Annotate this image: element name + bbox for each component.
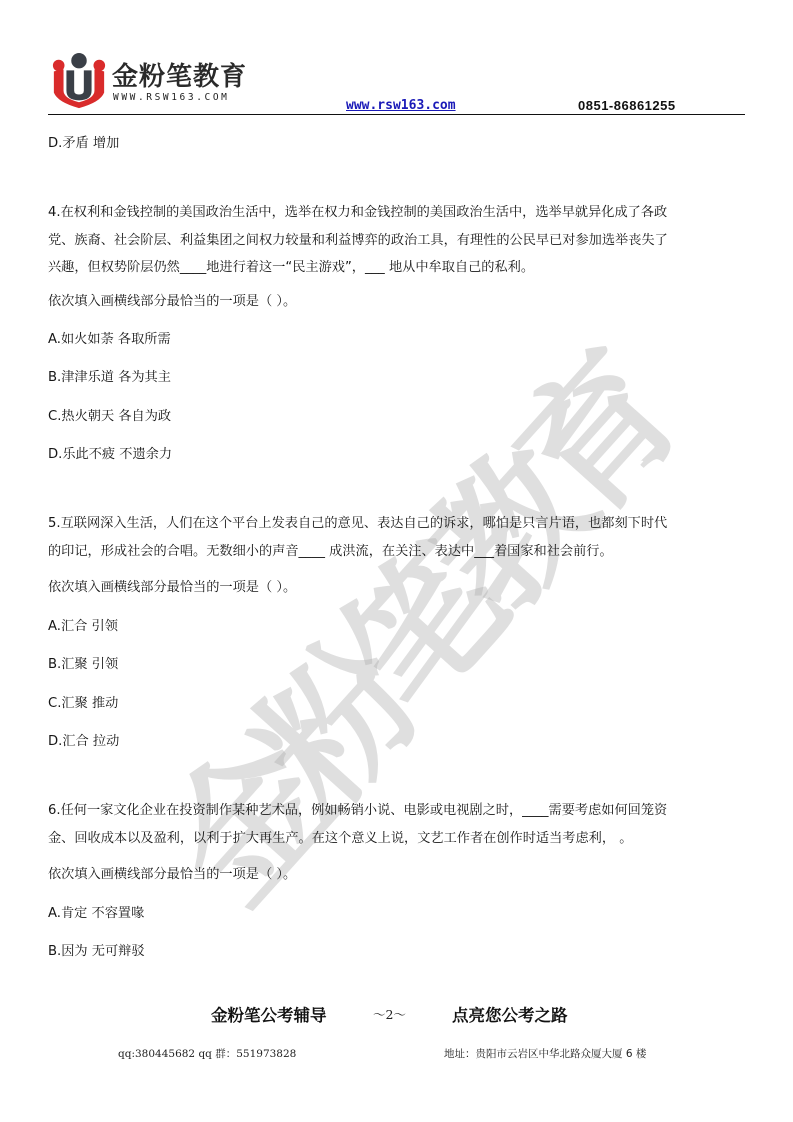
phone-number: 0851-86861255 [578, 98, 676, 113]
footer-slogan-right: 点亮您公考之路 [452, 1002, 568, 1026]
question-4-option-b: B.津津乐道 各为其主 [48, 368, 171, 387]
stem-line: 的印记，形成社会的合唱。无数细小的声音____ 成洪流，在关注、表达中___着国… [48, 538, 748, 566]
question-6-option-a: A.肯定 不容置喙 [48, 904, 144, 923]
question-5-option-d: D.汇合 拉动 [48, 732, 119, 751]
logo-text: 金粉笔教育 [112, 62, 247, 92]
stem-line: 党、族裔、社会阶层、利益集团之间权力较量和利益博弈的政治工具，有理性的公民早已对… [48, 227, 748, 255]
question-4-stem: 4.在权利和金钱控制的美国政治生活中，选举在权力和金钱控制的美国政治生活中，选举… [48, 199, 748, 282]
website-link[interactable]: www.rsw163.com [346, 98, 456, 113]
logo: 金粉笔教育 WWW.RSW163.COM [50, 50, 250, 112]
prev-question-option-d: D.矛盾 增加 [48, 134, 119, 153]
stem-line: 6.任何一家文化企业在投资制作某种艺术品，例如畅销小说、电影或电视剧之时，___… [48, 797, 748, 825]
logo-url-text: WWW.RSW163.COM [113, 92, 229, 103]
question-6-prompt: 依次填入画横线部分最恰当的一项是（ ）。 [48, 865, 296, 884]
stem-line: 4.在权利和金钱控制的美国政治生活中，选举在权力和金钱控制的美国政治生活中，选举… [48, 199, 748, 227]
question-5-stem: 5.互联网深入生活，人们在这个平台上发表自己的意见、表达自己的诉求，哪怕是只言片… [48, 510, 748, 565]
stem-line: 5.互联网深入生活，人们在这个平台上发表自己的意见、表达自己的诉求，哪怕是只言片… [48, 510, 748, 538]
question-5-option-a: A.汇合 引领 [48, 617, 118, 636]
logo-icon [50, 52, 108, 110]
footer-address: 地址：贵阳市云岩区中华北路众厦大厦 6 楼 [444, 1046, 646, 1061]
question-5-prompt: 依次填入画横线部分最恰当的一项是（ ）。 [48, 578, 296, 597]
question-6-stem: 6.任何一家文化企业在投资制作某种艺术品，例如畅销小说、电影或电视剧之时，___… [48, 797, 748, 852]
question-5-option-b: B.汇聚 引领 [48, 655, 118, 674]
stem-line: 兴趣，但权势阶层仍然____地进行着这一“民主游戏”，___ 地从中牟取自己的私… [48, 254, 748, 282]
stem-line: 金、回收成本以及盈利，以利于扩大再生产。在这个意义上说，文艺工作者在创作时适当考… [48, 825, 748, 853]
page-number: ～2～ [373, 1005, 406, 1023]
footer-qq-contact: qq:380445682 qq 群：551973828 [118, 1046, 296, 1061]
question-5-option-c: C.汇聚 推动 [48, 694, 118, 713]
header-divider [48, 114, 745, 115]
question-4-option-a: A.如火如荼 各取所需 [48, 330, 171, 349]
question-4-option-d: D.乐此不疲 不遗余力 [48, 445, 172, 464]
question-4-prompt: 依次填入画横线部分最恰当的一项是（ ）。 [48, 292, 296, 311]
question-6-option-b: B.因为 无可辩驳 [48, 942, 145, 961]
document-page: 金粉笔教育 金粉笔教育 WWW.RSW163.COM www.rsw163.co… [0, 0, 793, 1122]
question-4-option-c: C.热火朝天 各自为政 [48, 407, 171, 426]
footer-slogan-left: 金粉笔公考辅导 [211, 1002, 327, 1026]
